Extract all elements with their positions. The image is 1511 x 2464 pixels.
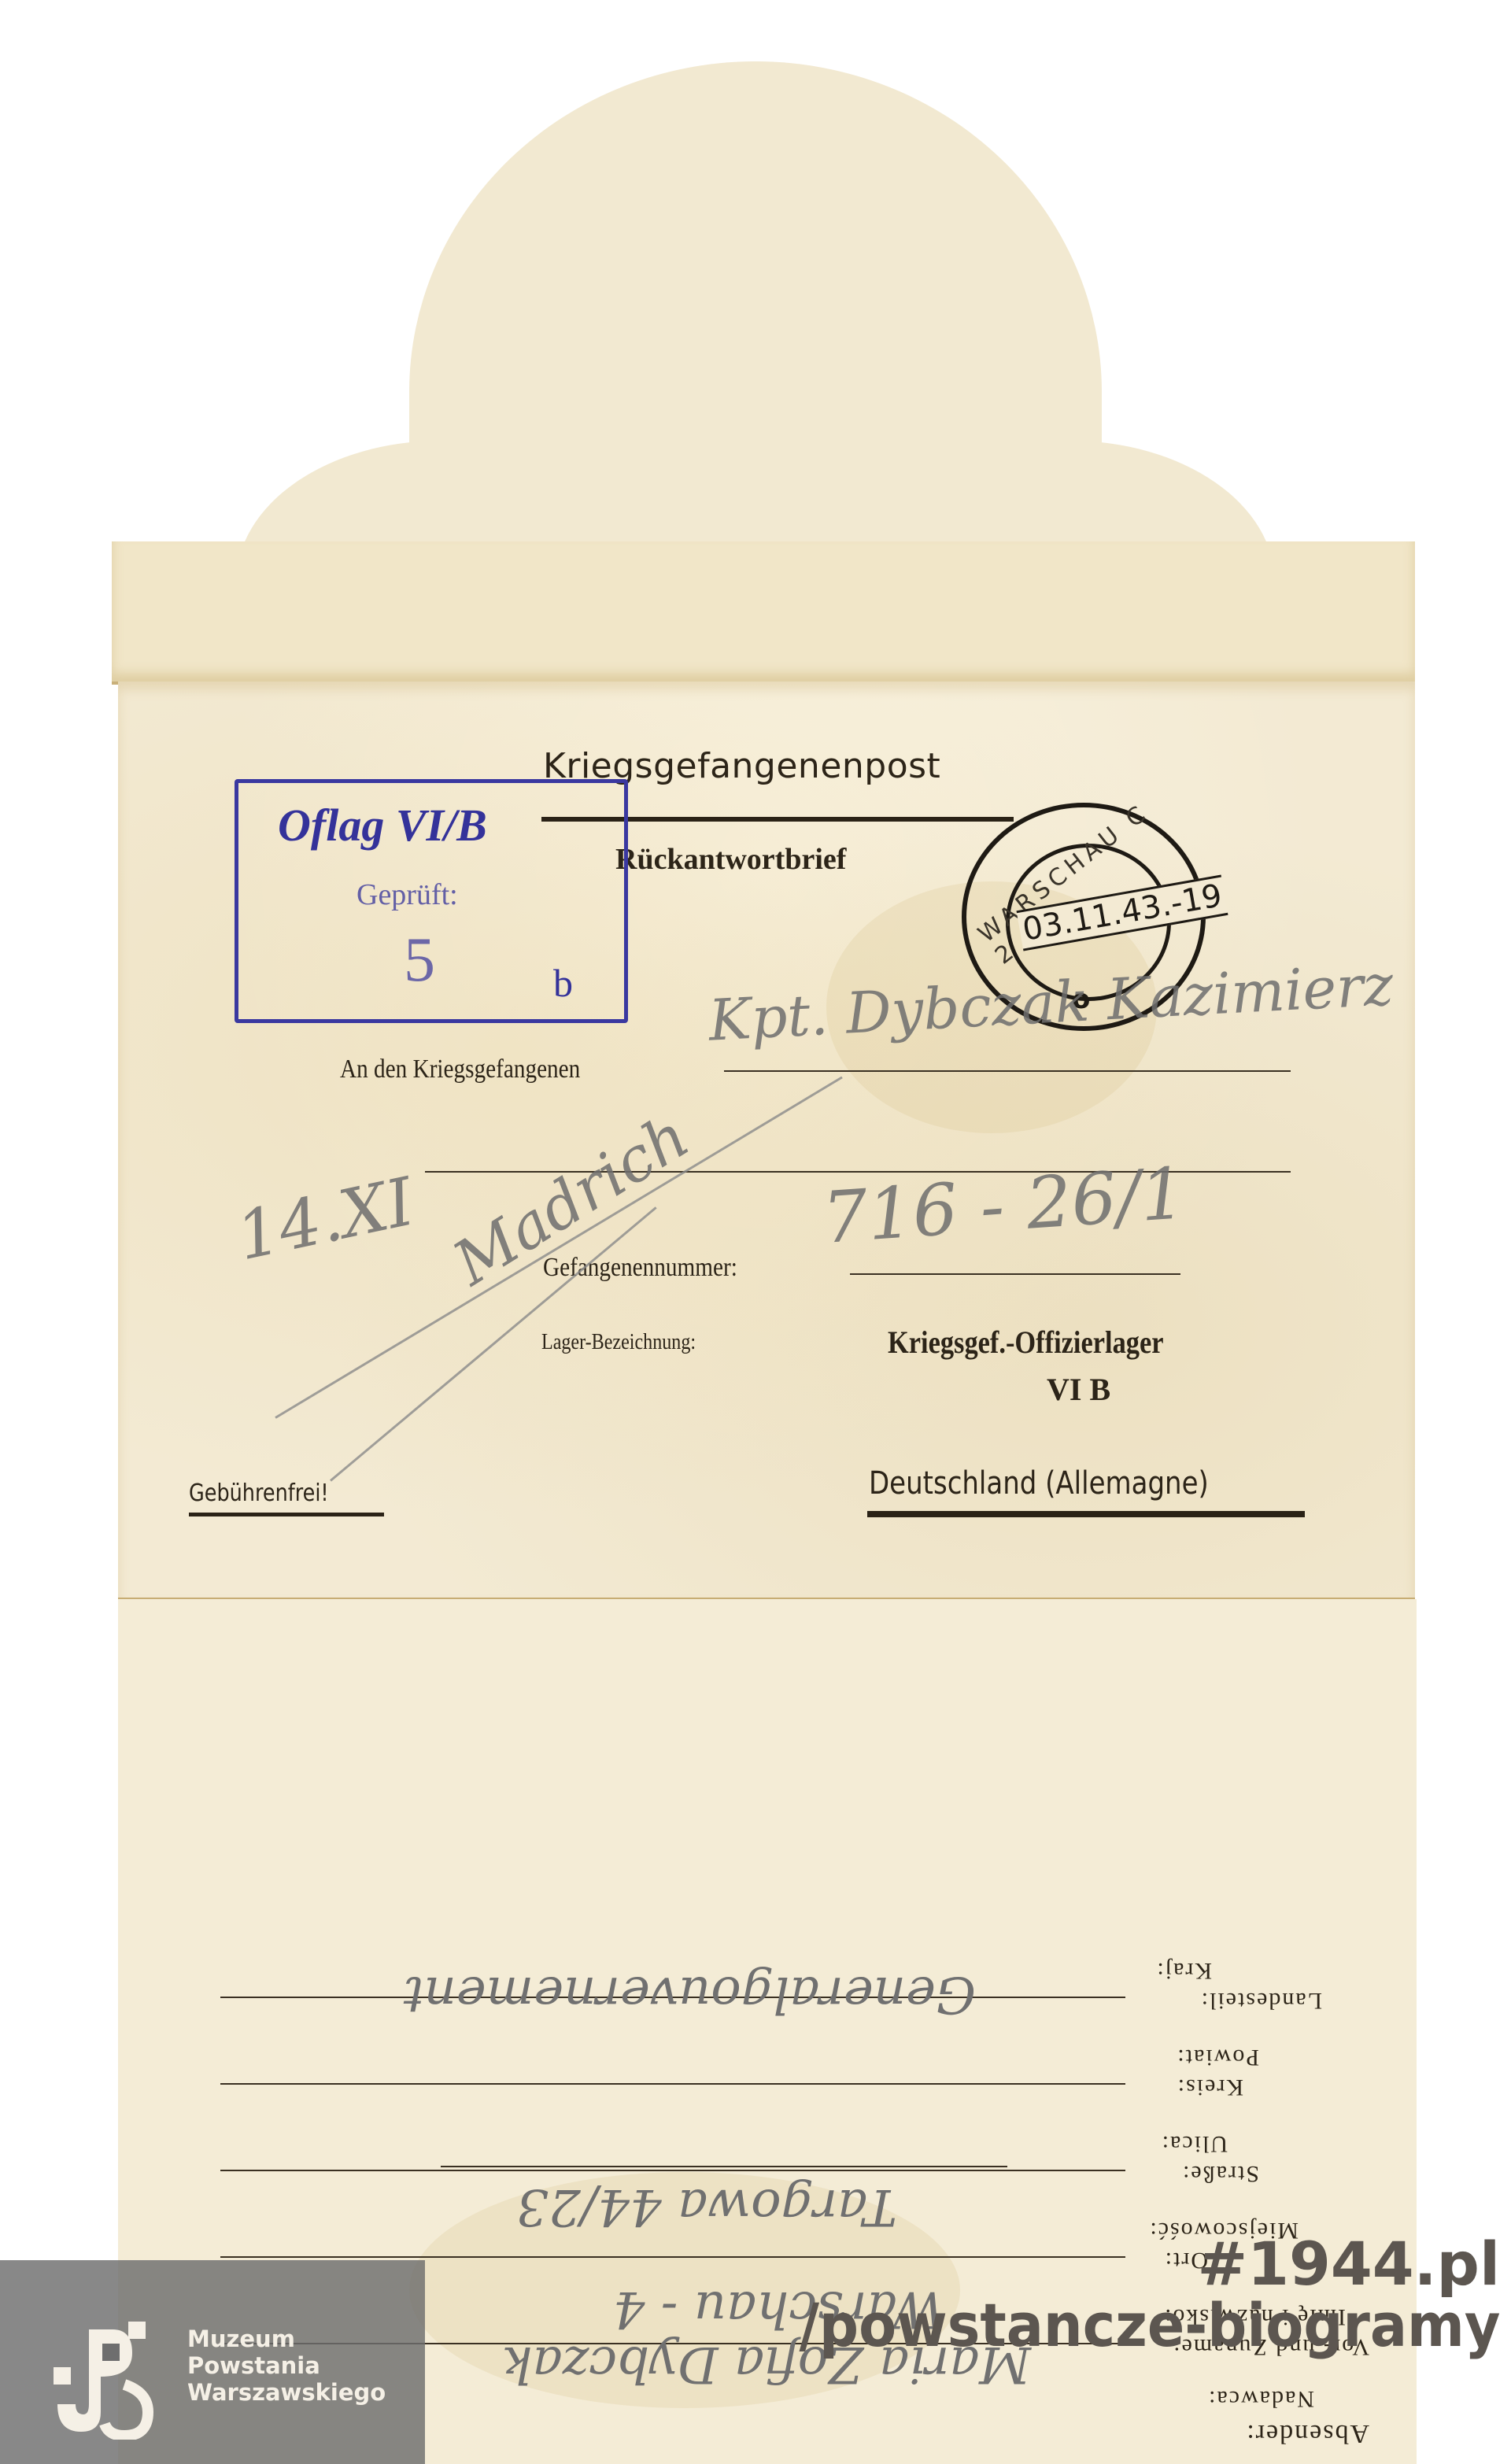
form-subtitle: Rückantwortbrief (615, 842, 846, 877)
row-handwritten: Generalgouvernement (404, 1965, 976, 2023)
country: Deutschland (Allemagne) (869, 1465, 1209, 1502)
row-label-de: Straße: (1181, 2160, 1259, 2187)
row-label-de: Landesteil: (1200, 1987, 1322, 2014)
addressee-label: An den Kriegsgefangenen (340, 1055, 580, 1084)
censor-stamp-camp: Oflag VI/B (278, 799, 487, 852)
row-handwritten: Targowa 44/23 (516, 2178, 897, 2236)
row-label-pl: Powiat: (1176, 2044, 1259, 2071)
anchor-logo-icon (54, 2322, 164, 2440)
row-label-pl: Kraj: (1155, 1957, 1212, 1984)
fee-note-underline (189, 1513, 384, 1516)
camp-value-line1: Kriegsgef.-Offizierlager (888, 1324, 1164, 1361)
camp-label: Lager-Bezeichnung: (541, 1330, 696, 1355)
row-label-pl: Ulica: (1161, 2130, 1228, 2157)
country-underline (867, 1511, 1305, 1517)
row-line (220, 2083, 1125, 2085)
sender-label: Absender: (1245, 2418, 1369, 2448)
sender-label-pl: Nadawca: (1207, 2385, 1314, 2412)
row-line (220, 2256, 1125, 2258)
censor-stamp-letter: b (553, 960, 573, 1006)
censor-stamp-number: 5 (404, 925, 435, 996)
letter-flap-fold (112, 541, 1415, 685)
row-line (220, 2170, 1125, 2171)
museum-name-line3: Warszawskiego (187, 2381, 386, 2404)
site-path: /powstancze-biogramy (799, 2290, 1500, 2360)
row-label-de: Kreis: (1177, 2074, 1243, 2100)
censor-stamp: Oflag VI/B Geprüft: 5 b (235, 779, 628, 1023)
censor-stamp-checked: Geprüft: (357, 877, 458, 912)
addressee-line (724, 1070, 1291, 1072)
fee-note: Gebührenfrei! (189, 1480, 329, 1507)
museum-name-line1: Muzeum (187, 2328, 295, 2351)
sender-bottom-line (441, 2166, 1007, 2167)
camp-value-line2: VI B (1047, 1371, 1110, 1408)
prisoner-number-line (850, 1273, 1180, 1275)
site-hashtag: #1944.pl (1197, 2229, 1500, 2299)
museum-name-line2: Powstania (187, 2355, 320, 2377)
